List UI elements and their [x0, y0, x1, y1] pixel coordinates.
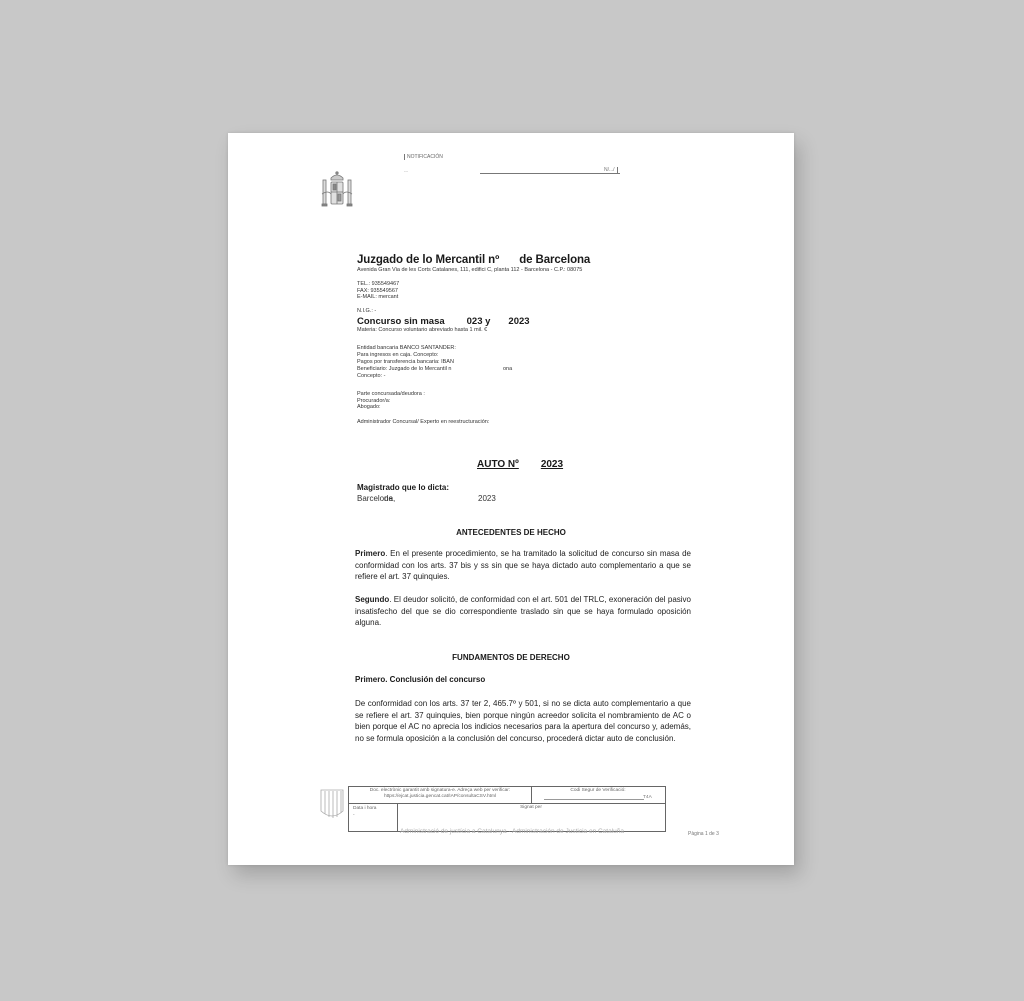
antecedente-segundo: Segundo. El deudor solicitó, de conformi…: [355, 594, 691, 629]
administrator-line: Administrador Concursal/ Experto en rees…: [357, 419, 489, 425]
notification-ref: NOTIFICACIÓN: [404, 154, 443, 160]
signature-verification-box: Doc. electrònic garantit amb signatura-e…: [348, 786, 666, 832]
date-de: de: [384, 494, 393, 503]
date-line: Barcelona, de 2023: [357, 494, 395, 503]
verification-code-suffix: T4A: [643, 795, 652, 800]
bank-line: Para ingresos en caja. Concepto:: [357, 352, 456, 359]
party-line: Abogado:: [357, 404, 425, 411]
case-title: Concurso sin masa023 y2023: [357, 316, 530, 327]
court-email: E-MAIL: mercant: [357, 294, 399, 301]
magistrate-label: Magistrado que lo dicta:: [357, 483, 449, 492]
date-time-label: Data i hora -: [353, 805, 376, 819]
court-name: Juzgado de lo Mercantil nºde Barcelona: [357, 254, 590, 266]
bank-line: Entidad bancaria BANCO SANTANDER:: [357, 345, 456, 352]
bank-line: Concepto: -: [357, 373, 456, 380]
auto-title: AUTO Nº2023: [477, 459, 563, 470]
signed-by-label: Signat per: [397, 805, 665, 810]
date-year: 2023: [478, 494, 496, 503]
antecedentes-heading: ANTECEDENTES DE HECHO: [228, 528, 794, 537]
case-nig: N.I.G.: -: [357, 308, 376, 314]
party-line: Parte concursada/deudora :: [357, 391, 425, 398]
fundamentos-heading: FUNDAMENTOS DE DERECHO: [228, 653, 794, 662]
fundamentos-paragraph: De conformidad con los arts. 37 ter 2, 4…: [355, 698, 691, 744]
verification-code-label: Codi Segur de Verificació:: [531, 788, 665, 793]
notification-small: ---: [404, 168, 408, 173]
court-tel: TEL.: 935549467: [357, 281, 399, 288]
header-rule: [480, 173, 620, 174]
document-page: NOTIFICACIÓN --- N/.../ Juzgado de lo Me…: [228, 133, 794, 865]
spain-coat-of-arms-icon: [320, 170, 354, 210]
bank-line: Beneficiario: Juzgado de lo Mercantil n: [357, 366, 456, 373]
parties: Parte concursada/deudora : Procurador/a:…: [357, 391, 425, 411]
verification-link[interactable]: https://ejcat.justicia.gencat.cat/IAP/co…: [349, 794, 531, 800]
footer-administration: Administració de justícia a Catalunya · …: [400, 828, 624, 835]
court-address: Avenida Gran Via de les Corts Catalanes,…: [357, 267, 582, 273]
court-contact: TEL.: 935549467 FAX: 935549567 E-MAIL: m…: [357, 281, 399, 301]
bank-suffix: ona: [503, 366, 512, 373]
fundamentos-subtitle: Primero. Conclusión del concurso: [355, 675, 485, 684]
page-number: Pàgina 1 de 3: [688, 831, 719, 837]
generalitat-seal-icon: [318, 787, 346, 823]
notification-ref-right: N/.../: [604, 167, 618, 173]
antecedente-primero: Primero. En el presente procedimiento, s…: [355, 548, 691, 583]
bank-details: Entidad bancaria BANCO SANTANDER: Para i…: [357, 345, 456, 380]
bank-line: Pagos por transferencia bancaria: IBAN: [357, 359, 456, 366]
case-materia: Materia: Concurso voluntario abreviado h…: [357, 327, 487, 333]
doc-verification-text: Doc. electrònic garantit amb signatura-e…: [349, 788, 531, 800]
